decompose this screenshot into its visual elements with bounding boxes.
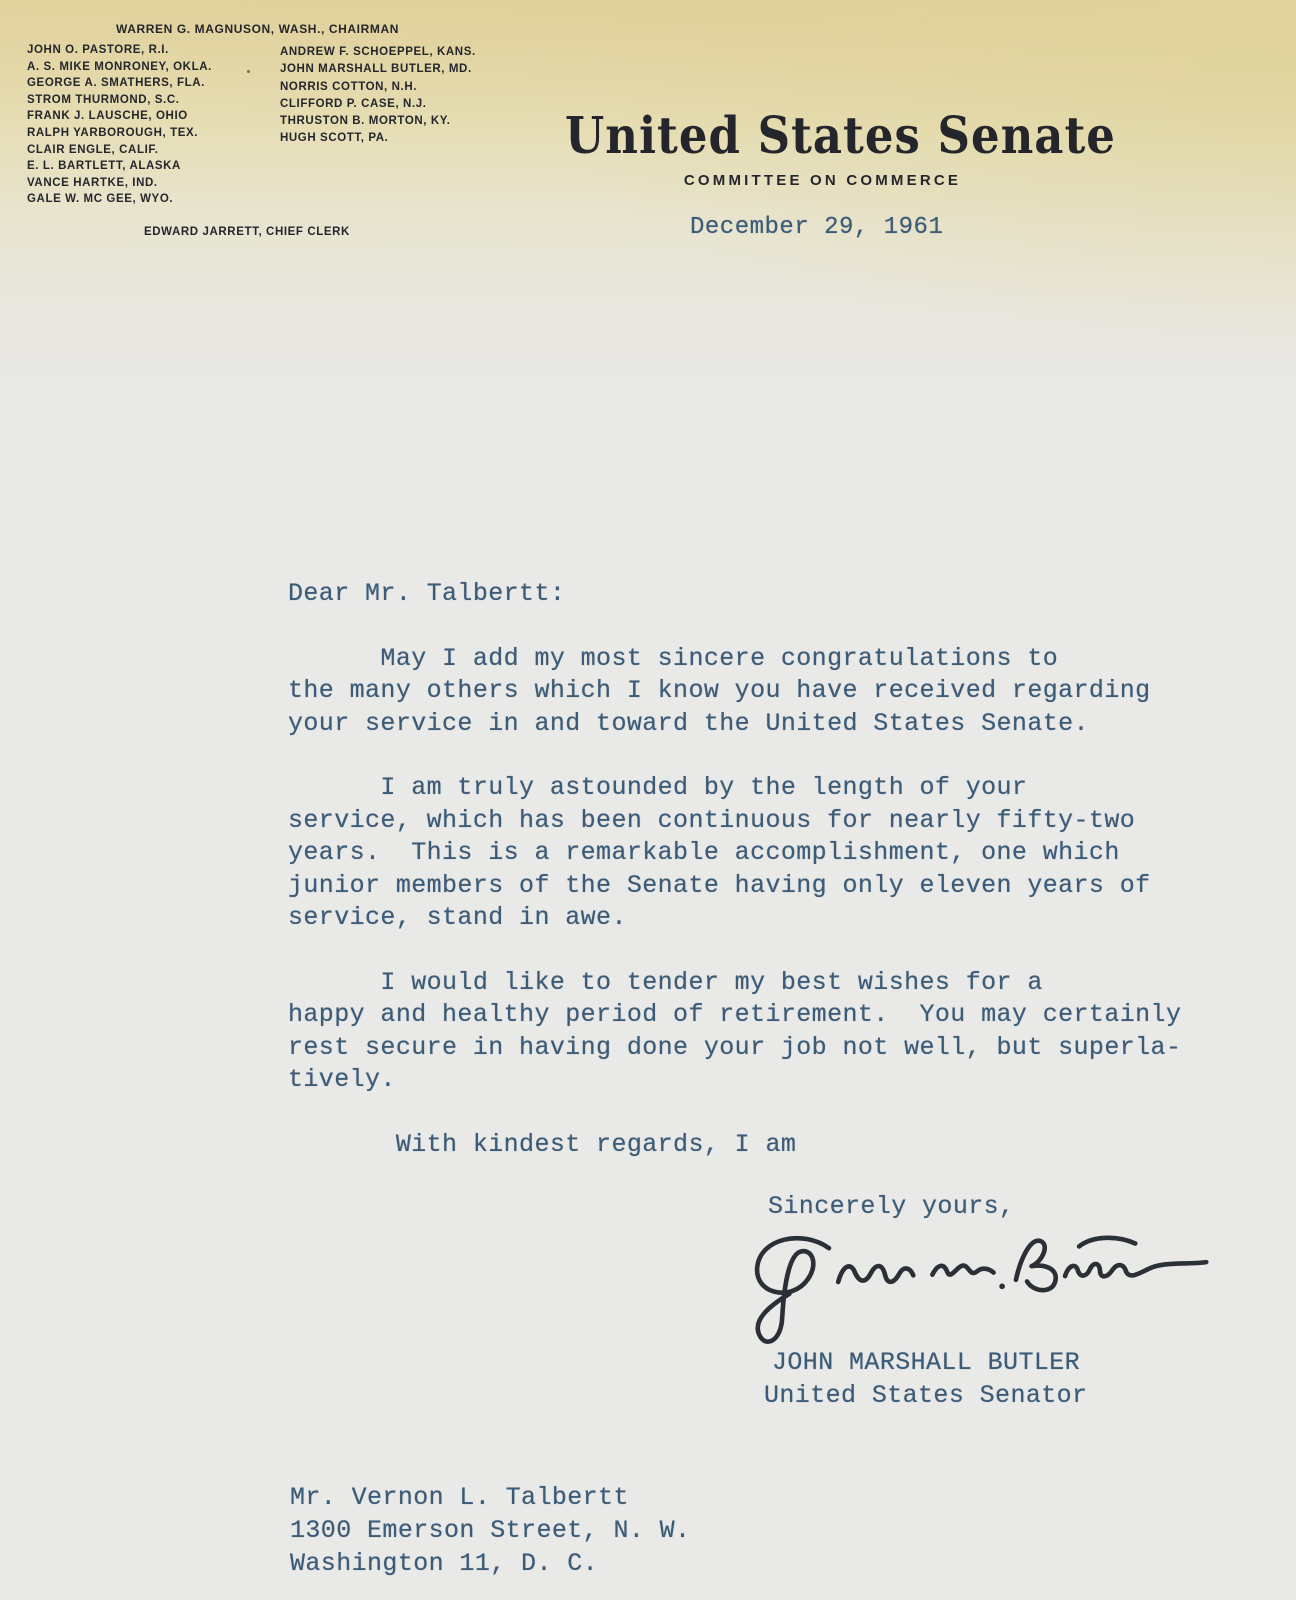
body-line: happy and healthy period of retirement. … [288,999,1181,1031]
letterhead-member: THRUSTON B. MORTON, KY. [280,113,476,130]
recipient-address: Mr. Vernon L. Talbertt1300 Emerson Stree… [290,1482,690,1580]
body-line: rest secure in having done your job not … [288,1032,1181,1064]
body-line [288,1097,1181,1129]
letterhead-members-right: ANDREW F. SCHOEPPEL, KANS.JOHN MARSHALL … [280,44,476,148]
signature-stroke [1079,1237,1135,1247]
body-line: Dear Mr. Talbertt: [288,578,1181,610]
letterhead-chairman: WARREN G. MAGNUSON, WASH., CHAIRMAN [116,22,399,36]
body-line: junior members of the Senate having only… [288,870,1181,902]
letterhead-member: ANDREW F. SCHOEPPEL, KANS. [280,44,476,61]
body-line: I am truly astounded by the length of yo… [288,772,1181,804]
signature-dot [999,1283,1005,1289]
letterhead-member: STROM THURMOND, S.C. [27,92,212,109]
body-line: service, which has been continuous for n… [288,805,1181,837]
masthead: United States Senate COMMITTEE ON COMMER… [565,106,1080,189]
signature-stroke [838,1264,914,1284]
signature-stroke [1065,1260,1207,1278]
body-line: service, stand in awe. [288,902,1181,934]
body-line [288,934,1181,966]
recipient-line: Mr. Vernon L. Talbertt [290,1482,690,1515]
letterhead-member: JOHN MARSHALL BUTLER, MD. [280,61,476,78]
letterhead-member: E. L. BARTLETT, ALASKA [27,158,212,175]
letterhead-member: VANCE HARTKE, IND. [27,175,212,192]
signature-stroke [932,1264,994,1275]
letterhead-member: GEORGE A. SMATHERS, FLA. [27,75,212,92]
letter-body: Dear Mr. Talbertt: May I add my most sin… [288,578,1181,1161]
letterhead-member: JOHN O. PASTORE, R.I. [27,42,212,59]
closing-salutation: Sincerely yours, [768,1192,1014,1221]
senate-title: United States Senate [565,106,1080,165]
letterhead-member: NORRIS COTTON, N.H. [280,79,476,96]
body-line: your service in and toward the United St… [288,708,1181,740]
body-line [288,610,1181,642]
letterhead-member: CLIFFORD P. CASE, N.J. [280,96,476,113]
body-line: tively. [288,1064,1181,1096]
letterhead-clerk: EDWARD JARRETT, CHIEF CLERK [144,226,350,238]
body-line: With kindest regards, I am [288,1129,1181,1161]
letterhead-member: FRANK J. LAUSCHE, OHIO [27,108,212,125]
letter-date: December 29, 1961 [690,214,943,241]
signer-name: JOHN MARSHALL BUTLER [772,1348,1080,1377]
signature [740,1212,1226,1361]
body-line [288,740,1181,772]
recipient-line: Washington 11, D. C. [290,1548,690,1581]
body-line: I would like to tender my best wishes fo… [288,967,1181,999]
scan-speck [247,70,250,73]
recipient-line: 1300 Emerson Street, N. W. [290,1515,690,1548]
letterhead-member: RALPH YARBOROUGH, TEX. [27,125,212,142]
signature-stroke [755,1237,832,1342]
letter-page: WARREN G. MAGNUSON, WASH., CHAIRMAN JOHN… [0,0,1296,1600]
body-line: May I add my most sincere congratulation… [288,643,1181,675]
signature-stroke [1015,1240,1057,1291]
body-line: years. This is a remarkable accomplishme… [288,837,1181,869]
letterhead-member: A. S. MIKE MONRONEY, OKLA. [27,59,212,76]
signer-title: United States Senator [764,1381,1087,1410]
committee-subtitle: COMMITTEE ON COMMERCE [565,172,1080,189]
letterhead-member: GALE W. MC GEE, WYO. [27,191,212,208]
body-line: the many others which I know you have re… [288,675,1181,707]
letterhead-members-left: JOHN O. PASTORE, R.I.A. S. MIKE MONRONEY… [27,42,212,208]
letterhead-member: HUGH SCOTT, PA. [280,130,476,147]
letterhead-member: CLAIR ENGLE, CALIF. [27,142,212,159]
